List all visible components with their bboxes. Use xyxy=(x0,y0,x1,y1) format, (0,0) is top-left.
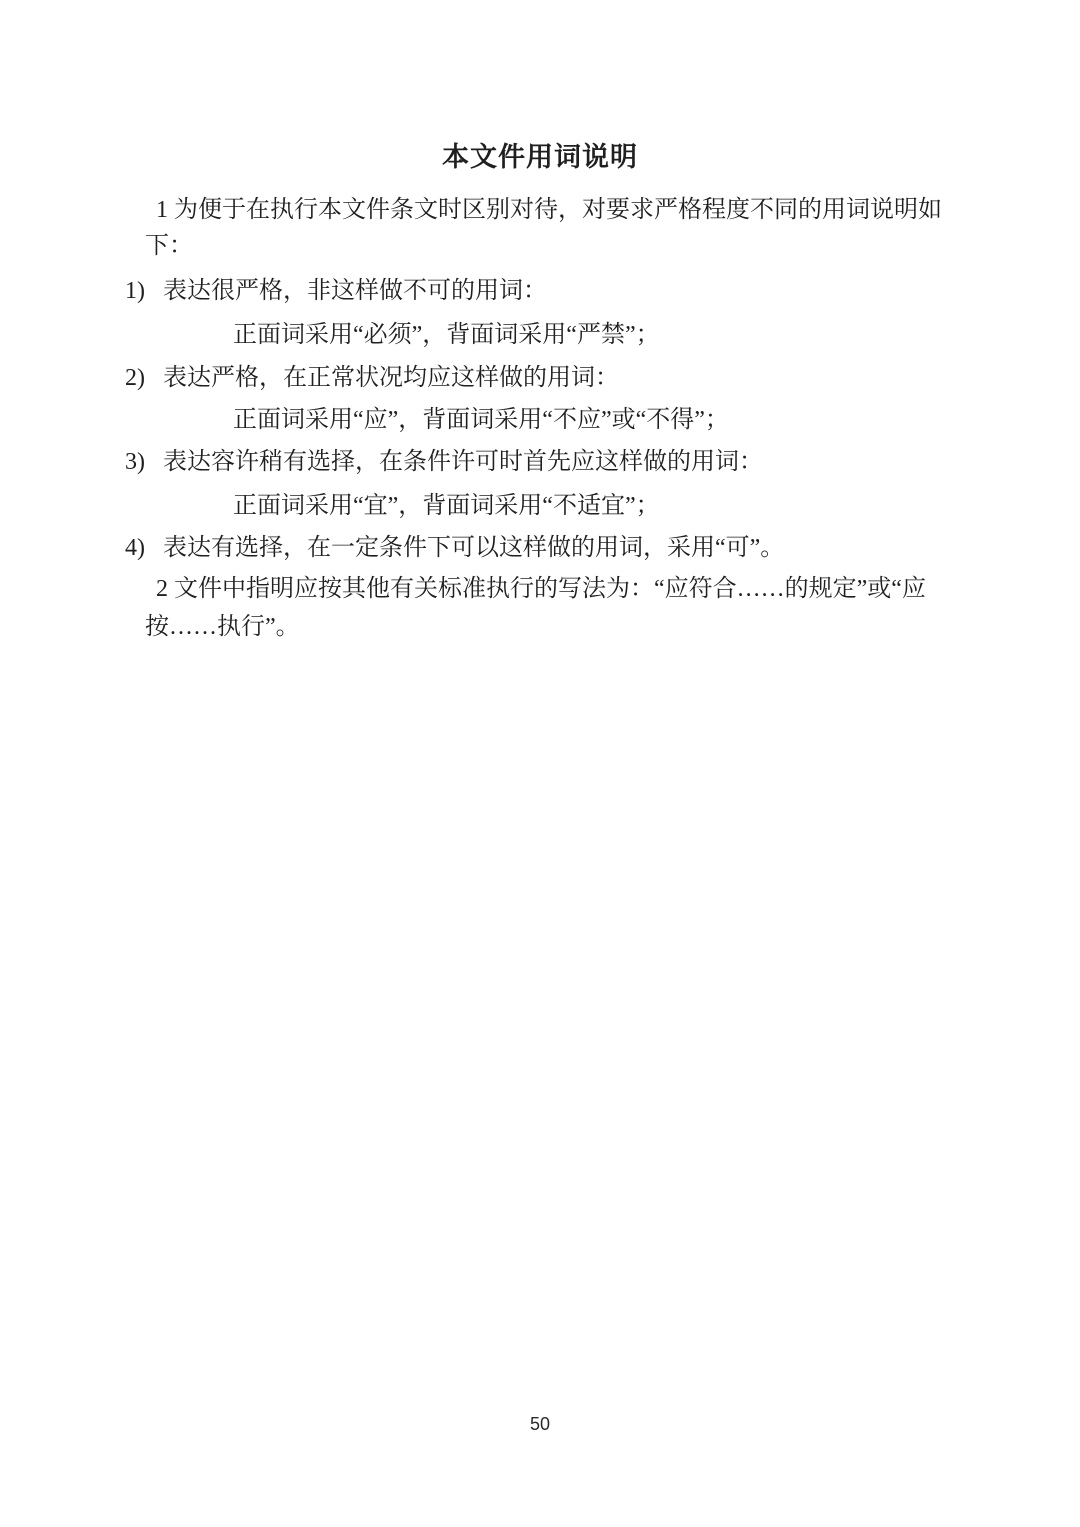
list-item-1: 1)表达很严格，非这样做不可的用词： xyxy=(125,274,547,308)
list-item-2-subline: 正面词采用“应”，背面词采用“不应”或“不得”； xyxy=(233,403,729,437)
list-item-1-number: 1) xyxy=(125,274,163,308)
list-item-4-number: 4) xyxy=(125,531,163,565)
paragraph-2-line-1: 2 文件中指明应按其他有关标准执行的写法为：“应符合……的规定”或“应 xyxy=(156,572,926,606)
list-item-2: 2)表达严格，在正常状况均应这样做的用词： xyxy=(125,361,619,395)
list-item-2-text: 表达严格，在正常状况均应这样做的用词： xyxy=(163,365,619,391)
list-item-1-text: 表达很严格，非这样做不可的用词： xyxy=(163,278,547,304)
paragraph-1-line-2: 下： xyxy=(145,229,193,263)
list-item-3: 3)表达容许稍有选择，在条件许可时首先应这样做的用词： xyxy=(125,445,763,479)
page-title: 本文件用词说明 xyxy=(0,139,1080,175)
list-item-3-text: 表达容许稍有选择，在条件许可时首先应这样做的用词： xyxy=(163,449,763,475)
list-item-1-subline: 正面词采用“必须”，背面词采用“严禁”； xyxy=(233,318,660,352)
paragraph-1-line-1: 1 为便于在执行本文件条文时区别对待，对要求严格程度不同的用词说明如 xyxy=(156,193,942,227)
list-item-4: 4)表达有选择，在一定条件下可以这样做的用词，采用“可”。 xyxy=(125,531,784,565)
list-item-4-text: 表达有选择，在一定条件下可以这样做的用词，采用“可”。 xyxy=(163,535,784,561)
page-number: 50 xyxy=(0,1413,1080,1435)
document-page: 本文件用词说明 1 为便于在执行本文件条文时区别对待，对要求严格程度不同的用词说… xyxy=(0,0,1080,1527)
paragraph-2-line-2: 按……执行”。 xyxy=(145,610,300,644)
list-item-3-number: 3) xyxy=(125,445,163,479)
list-item-2-number: 2) xyxy=(125,361,163,395)
list-item-3-subline: 正面词采用“宜”，背面词采用“不适宜”； xyxy=(233,489,660,523)
